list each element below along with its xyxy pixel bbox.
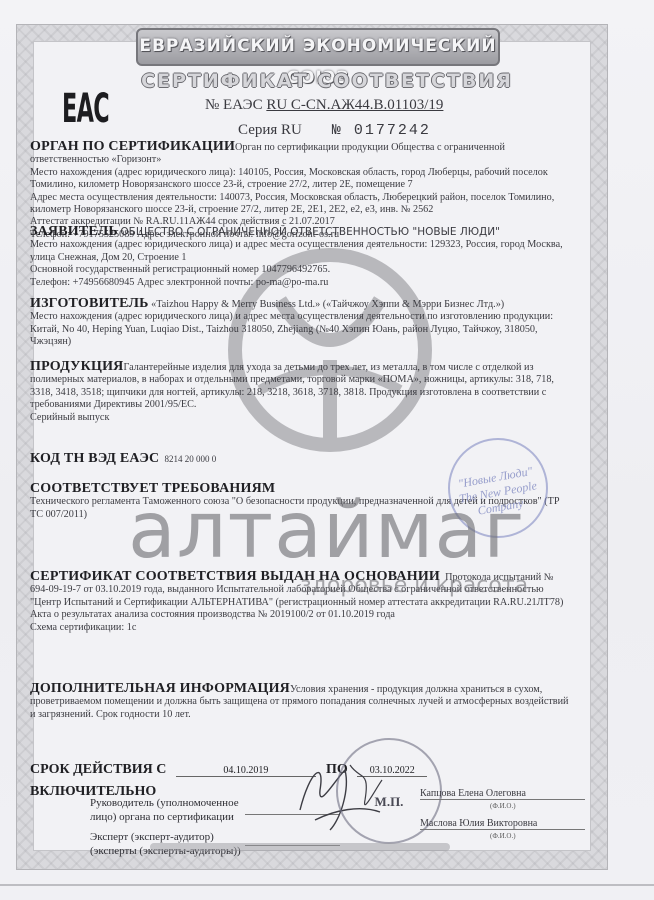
product-heading: ПРОДУКЦИЯ	[30, 359, 123, 374]
head-name: Капцова Елена Олеговна	[420, 788, 585, 800]
series-label: Серия RU	[238, 122, 302, 138]
certificate-number-value: RU С-CN.АЖ44.В.01103/19	[266, 97, 443, 113]
product-section: ПРОДУКЦИЯГалантерейные изделия для ухода…	[30, 361, 570, 424]
manufacturer-name: «Taizhou Happy & Merry Business Ltd.» («…	[151, 299, 504, 310]
head-label-line-1: Руководитель (уполномоченное	[90, 797, 239, 809]
certification-body-heading: ОРГАН ПО СЕРТИФИКАЦИИ	[30, 139, 235, 154]
basis-act: Акта о результатах анализа состояния про…	[30, 609, 395, 620]
manufacturer-address: Место нахождения (адрес юридического лиц…	[30, 311, 553, 347]
certification-body-legal-address: Место нахождения (адрес юридического лиц…	[30, 167, 548, 190]
applicant-heading: ЗАЯВИТЕЛЬ	[30, 224, 118, 239]
page-edge	[0, 884, 654, 886]
applicant-section: ЗАЯВИТЕЛЬ ОБЩЕСТВО С ОГРАНИЧЕННОЙ ОТВЕТС…	[30, 226, 570, 289]
applicant-contacts: Телефон: +74956680945 Адрес электронной …	[30, 277, 328, 288]
hs-code-value: 8214 20 000 0	[164, 454, 216, 464]
series: Серия RU№ 0177242	[238, 122, 431, 139]
manufacturer-section: ИЗГОТОВИТЕЛЬ «Taizhou Happy & Merry Busi…	[30, 298, 570, 349]
applicant-ogrn: Основной государственный регистрационный…	[30, 264, 330, 275]
eac-mark-icon: ЕАС	[62, 86, 109, 132]
product-release-type: Серийный выпуск	[30, 412, 109, 423]
expert-label-line-1: Эксперт (эксперт-аудитор)	[90, 831, 214, 843]
hs-code-heading: КОД ТН ВЭД ЕАЭС	[30, 451, 159, 466]
certificate-number: № ЕАЭС RU С-CN.АЖ44.В.01103/19	[205, 97, 443, 114]
certificate-number-prefix: № ЕАЭС	[205, 97, 266, 113]
certification-body-activity-address: Адрес места осуществления деятельности: …	[30, 192, 554, 215]
expert-name: Маслова Юлия Викторовна	[420, 818, 585, 830]
additional-info-heading: ДОПОЛНИТЕЛЬНАЯ ИНФОРМАЦИЯ	[30, 681, 290, 696]
applicant-name: ОБЩЕСТВО С ОГРАНИЧЕННОЙ ОТВЕТСТВЕННОСТЬЮ…	[120, 226, 500, 238]
watermark-tagline: здоровье и красота	[300, 575, 528, 597]
printer-footer-strip	[150, 843, 450, 851]
manufacturer-heading: ИЗГОТОВИТЕЛЬ	[30, 296, 149, 311]
head-signatory-label: Руководитель (уполномоченное лицо) орган…	[90, 796, 239, 824]
validity-period: СРОК ДЕЙСТВИЯ С 04.10.2019 ПО 03.10.2022…	[30, 762, 316, 800]
applicant-address: Место нахождения (адрес юридического лиц…	[30, 239, 563, 262]
head-fio-caption: (Ф.И.О.)	[490, 802, 516, 810]
certification-scheme: Схема сертификации: 1с	[30, 622, 136, 633]
union-banner: ЕВРАЗИЙСКИЙ ЭКОНОМИЧЕСКИЙ СОЮЗ	[136, 28, 500, 66]
series-number: № 0177242	[332, 122, 431, 139]
watermark-brand: алтаймаг	[128, 492, 525, 570]
expert-fio-caption: (Ф.И.О.)	[490, 832, 516, 840]
validity-from-label: СРОК ДЕЙСТВИЯ С	[30, 762, 166, 777]
additional-info-section: ДОПОЛНИТЕЛЬНАЯ ИНФОРМАЦИЯУсловия хранени…	[30, 683, 570, 721]
head-label-line-2: лицо) органа по сертификации	[90, 811, 234, 823]
certificate-page: ЕВРАЗИЙСКИЙ ЭКОНОМИЧЕСКИЙ СОЮЗ СЕРТИФИКА…	[0, 0, 654, 900]
